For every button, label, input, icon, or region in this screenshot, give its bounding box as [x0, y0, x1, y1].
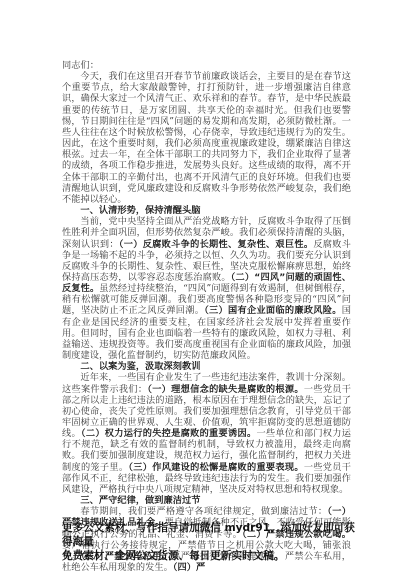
promo-line-2: 免费素材、全网公文货源、每日更新实时文稿。 — [62, 549, 362, 563]
section-1-heading: 一、认清形势，保持清醒头脑 — [62, 205, 351, 216]
section-1-body: 当前，党中央坚持全面从严治党战略方针，反腐败斗争取得了压倒性胜利并全面巩固，但形… — [62, 216, 351, 361]
point-title: （一）理想信念的缺失是腐败的根源。 — [147, 384, 304, 395]
point-title: （三）作风建设的松懈是腐败的重要表现。 — [128, 462, 303, 473]
salutation: 同志们： — [62, 60, 351, 71]
section-2-body: 近年来，一些国有企业发生了一些违纪违法案件，教训十分深刻。这些案件警示我们：（一… — [62, 372, 351, 495]
point-title: （一）反腐败斗争的长期性、复杂性、艰巨性。 — [119, 239, 313, 250]
section-2-heading: 二、以案为鉴，汲取深刻教训 — [62, 361, 351, 372]
intro-paragraph: 今天，我们在这里召开春节节前廉政谈话会，主要目的是在春节这个重要节点，给大家敲敲… — [62, 71, 351, 205]
document-body: 同志们： 今天，我们在这里召开春节节前廉政谈话会，主要目的是在春节这个重要节点，… — [62, 60, 351, 573]
section-3-heading: 三、严守纪律，做到廉洁过节 — [62, 495, 351, 506]
promo-line-1: 更多公文素材、写作指导请加微信 mydr91、添加好友即可获得海量 — [62, 521, 362, 549]
point-title: （四）严 — [173, 562, 205, 573]
promo-footer: 更多公文素材、写作指导请加微信 mydr91、添加好友即可获得海量 免费素材、全… — [62, 521, 362, 563]
section-3-lead: 春节期间，我们要严格遵守各项纪律规定，做到廉洁过节： — [80, 506, 327, 517]
point-title: （二）权力运行的失控是腐败的重要诱因。 — [81, 428, 256, 439]
point-title: （三）国有企业面临的廉政风险。 — [204, 305, 342, 316]
